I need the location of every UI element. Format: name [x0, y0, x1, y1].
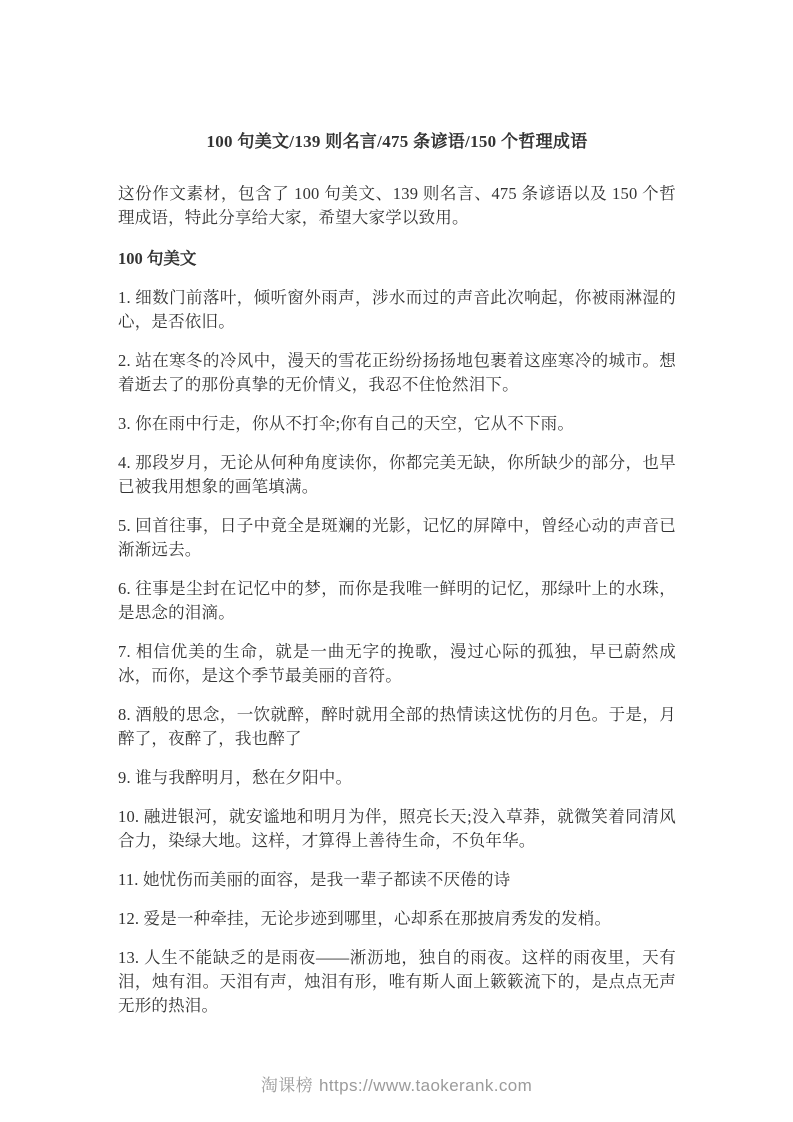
- document-title: 100 句美文/139 则名言/475 条谚语/150 个哲理成语: [118, 130, 676, 154]
- sentence-item-2: 2. 站在寒冬的冷风中，漫天的雪花正纷纷扬扬地包裹着这座寒冷的城市。想着逝去了的…: [118, 349, 676, 397]
- footer-site-name: 淘课榜: [261, 1076, 313, 1095]
- sentence-item-5: 5. 回首往事，日子中竟全是斑斓的光影，记忆的屏障中，曾经心动的声音已渐渐远去。: [118, 514, 676, 562]
- footer-url: https://www.taokerank.com: [319, 1076, 532, 1095]
- intro-paragraph: 这份作文素材，包含了 100 句美文、139 则名言、475 条谚语以及 150…: [118, 182, 676, 230]
- sentence-list: 1. 细数门前落叶，倾听窗外雨声，涉水而过的声音此次响起，你被雨淋湿的心，是否依…: [118, 286, 676, 1018]
- sentence-item-1: 1. 细数门前落叶，倾听窗外雨声，涉水而过的声音此次响起，你被雨淋湿的心，是否依…: [118, 286, 676, 334]
- sentence-item-12: 12. 爱是一种牵挂，无论步迹到哪里，心却系在那披肩秀发的发梢。: [118, 907, 676, 931]
- sentence-item-11: 11. 她忧伤而美丽的面容，是我一辈子都读不厌倦的诗: [118, 868, 676, 892]
- sentence-item-4: 4. 那段岁月，无论从何种角度读你，你都完美无缺，你所缺少的部分，也早已被我用想…: [118, 451, 676, 499]
- document-page: 100 句美文/139 则名言/475 条谚语/150 个哲理成语 这份作文素材…: [0, 0, 793, 1122]
- section-heading: 100 句美文: [118, 247, 676, 271]
- sentence-item-7: 7. 相信优美的生命，就是一曲无字的挽歌，漫过心际的孤独，早已蔚然成冰，而你，是…: [118, 640, 676, 688]
- sentence-item-8: 8. 酒般的思念，一饮就醉，醉时就用全部的热情读这忧伤的月色。于是，月醉了，夜醉…: [118, 703, 676, 751]
- sentence-item-6: 6. 往事是尘封在记忆中的梦，而你是我唯一鲜明的记忆，那绿叶上的水珠，是思念的泪…: [118, 577, 676, 625]
- sentence-item-13: 13. 人生不能缺乏的是雨夜——淅沥地，独自的雨夜。这样的雨夜里，天有泪，烛有泪…: [118, 946, 676, 1018]
- sentence-item-10: 10. 融进银河，就安谧地和明月为伴，照亮长天;没入草莽，就微笑着同清风合力，染…: [118, 805, 676, 853]
- sentence-item-9: 9. 谁与我醉明月，愁在夕阳中。: [118, 766, 676, 790]
- sentence-item-3: 3. 你在雨中行走，你从不打伞;你有自己的天空，它从不下雨。: [118, 412, 676, 436]
- page-footer: 淘课榜https://www.taokerank.com: [0, 1071, 793, 1096]
